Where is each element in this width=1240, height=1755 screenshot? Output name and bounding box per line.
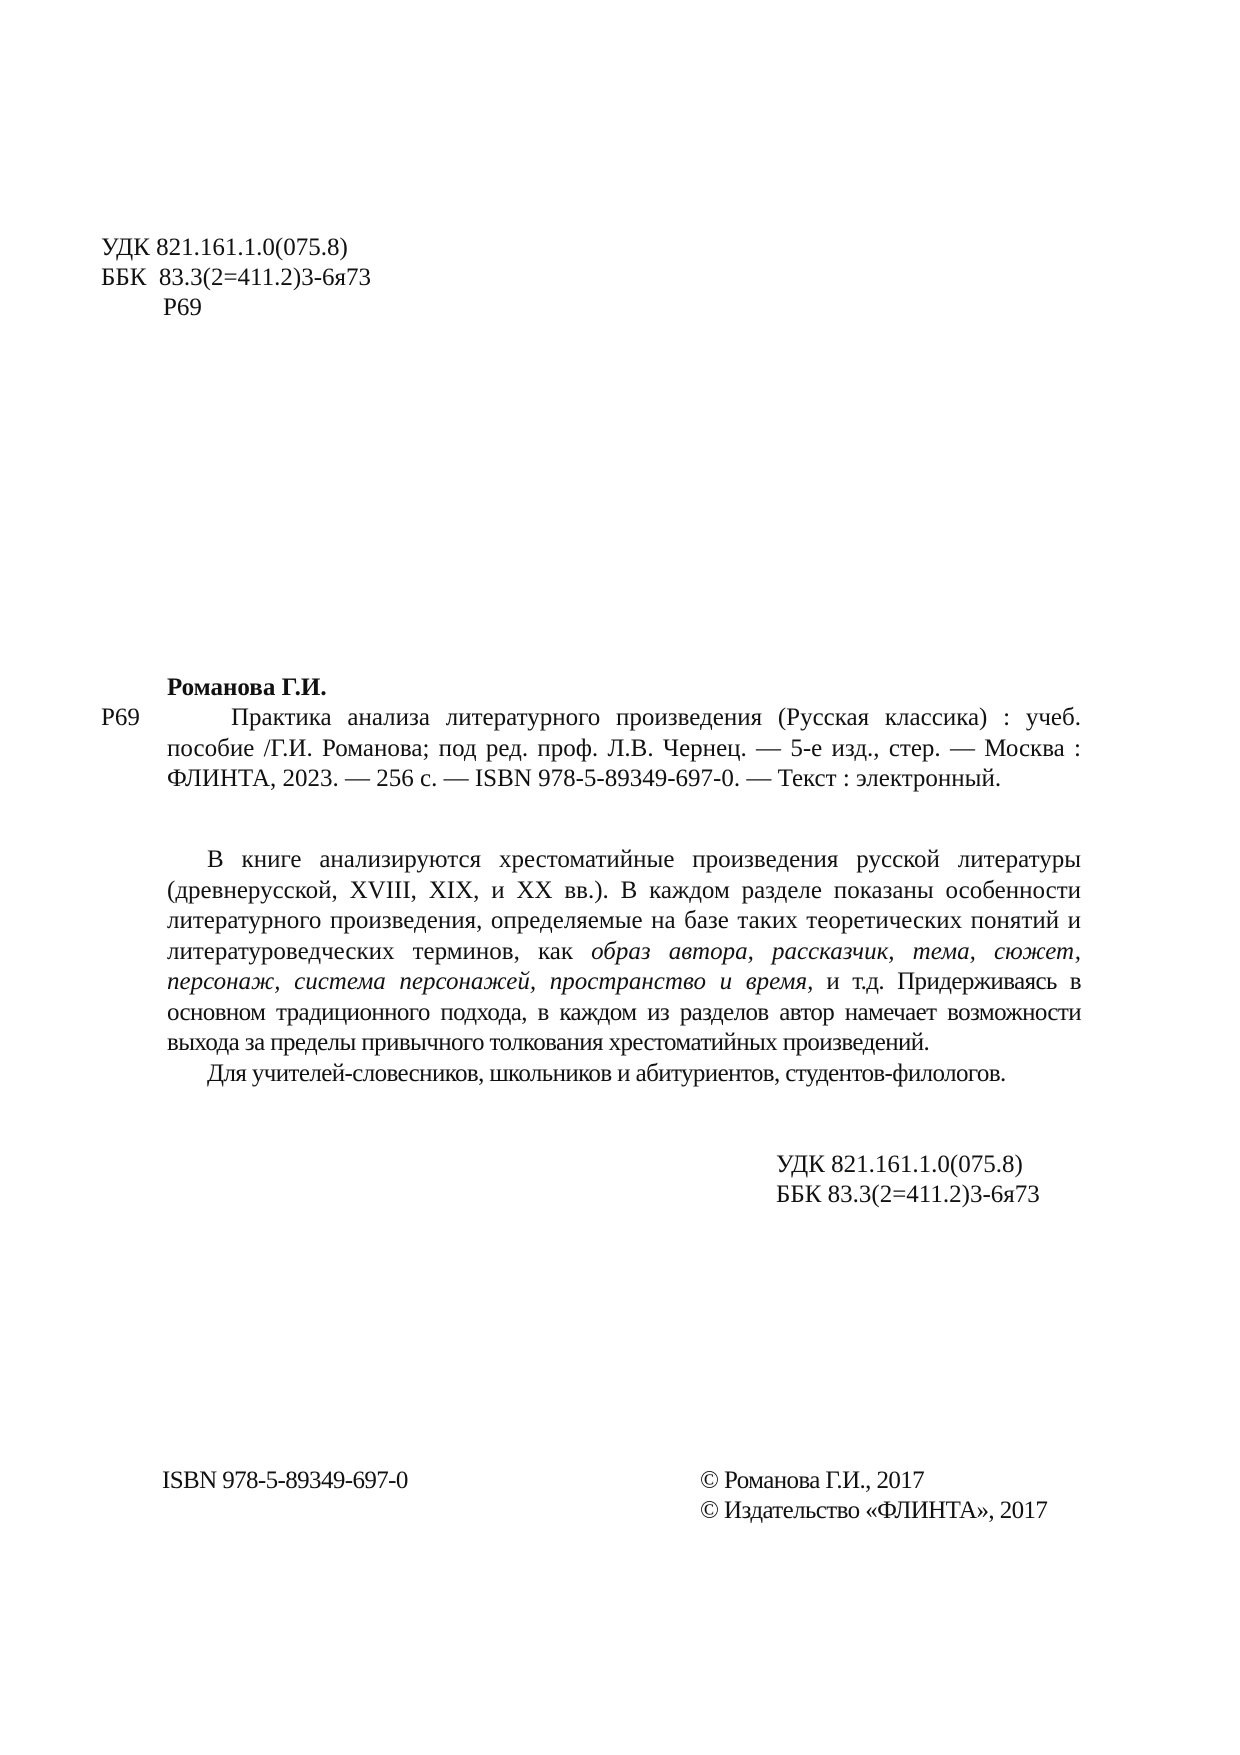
- udk-code-bottom: УДК 821.161.1.0(075.8): [776, 1150, 1040, 1180]
- classification-block-top: УДК 821.161.1.0(075.8) ББК 83.3(2=411.2)…: [101, 233, 371, 323]
- annotation: В книге анализируются хрестоматийные про…: [167, 845, 1081, 1089]
- copyright-author: © Романова Г.И., 2017: [700, 1466, 1047, 1496]
- description-line-2: пособие /Г.И. Романова; под ред. проф. Л…: [167, 734, 1081, 765]
- copyright-publisher: © Издательство «ФЛИНТА», 2017: [700, 1496, 1047, 1526]
- bibliographic-description: Практика анализа литературного произведе…: [167, 703, 1081, 795]
- author-heading: Романова Г.И.: [167, 673, 327, 703]
- bbk-code-bottom: ББК 83.3(2=411.2)3-6я73: [776, 1180, 1040, 1210]
- author-mark: Р69: [101, 293, 371, 323]
- copyright-block: © Романова Г.И., 2017 © Издательство «ФЛ…: [700, 1466, 1047, 1526]
- description-line-3: ФЛИНТА, 2023. — 256 с. — ISBN 978-5-8934…: [167, 764, 1081, 795]
- bbk-code: ББК 83.3(2=411.2)3-6я73: [101, 263, 371, 293]
- isbn: ISBN 978-5-89349-697-0: [162, 1466, 408, 1496]
- author-mark-record: Р69: [101, 703, 140, 733]
- description-line-1: Практика анализа литературного произведе…: [167, 703, 1081, 734]
- udk-code: УДК 821.161.1.0(075.8): [101, 233, 371, 263]
- audience-paragraph: Для учителей-словесников, школьников и а…: [167, 1059, 1081, 1090]
- classification-block-bottom: УДК 821.161.1.0(075.8) ББК 83.3(2=411.2)…: [776, 1150, 1040, 1210]
- annotation-paragraph: В книге анализируются хрестоматийные про…: [167, 845, 1081, 1059]
